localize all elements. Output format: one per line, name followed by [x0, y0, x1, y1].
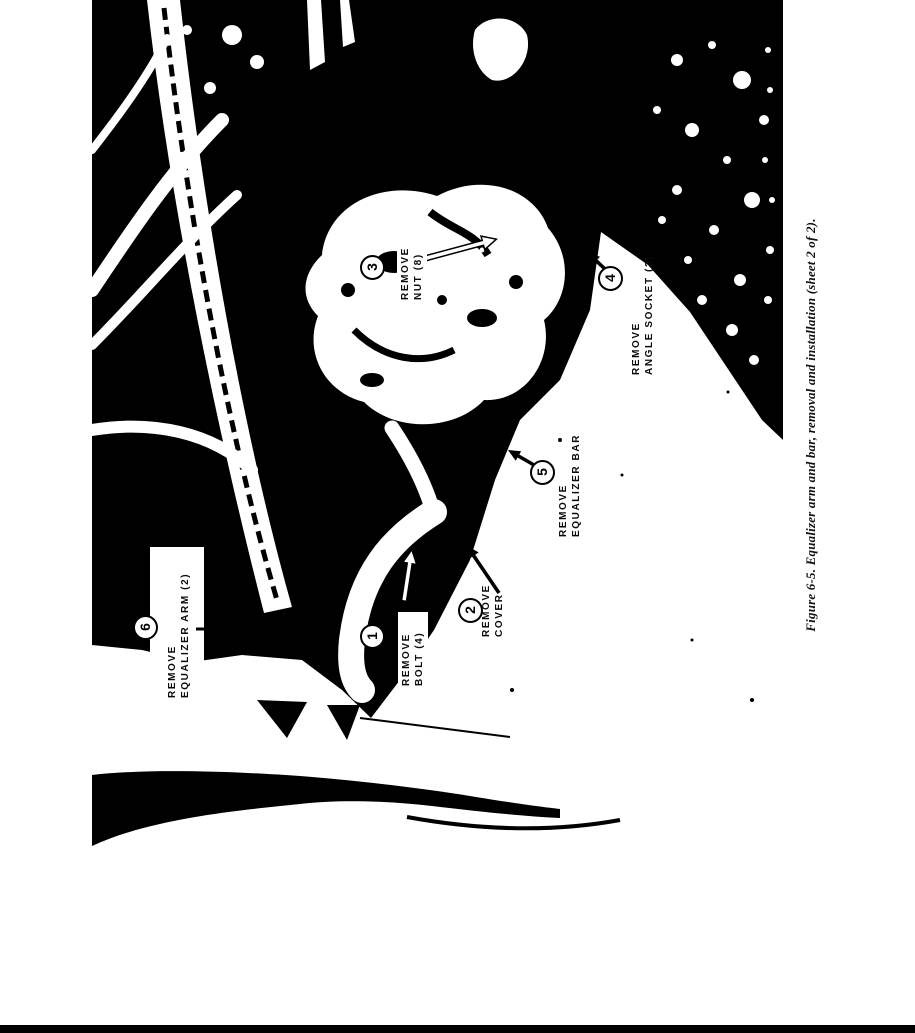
callout-4-badge: 4: [598, 266, 623, 291]
callout-2-badge: 2: [458, 598, 483, 623]
figure-caption: Figure 6-5. Equalizer arm and bar, remov…: [803, 185, 821, 665]
callout-5-badge: 5: [530, 460, 555, 485]
scanned-manual-page: { "page": { "background_color": "#ffffff…: [0, 0, 915, 1033]
callout-1-badge: 1: [360, 624, 385, 649]
figure-photo: 1 2 3 4 5 6 REMOVEBOLT (4) REMOVECOVER R…: [92, 0, 783, 848]
callout-1-label: REMOVEBOLT (4): [398, 612, 428, 690]
arrow-6: [196, 624, 289, 634]
callout-arrows: [92, 0, 783, 848]
callout-4-label: REMOVEANGLE SOCKET (2): [630, 225, 656, 375]
callout-5-label: REMOVEEQUALIZER BAR: [557, 415, 583, 537]
callout-3-badge: 3: [360, 255, 385, 280]
callout-3-label: REMOVENUT (8): [397, 224, 427, 304]
callout-2-label: REMOVECOVER: [480, 577, 506, 637]
bottom-bar: [0, 1025, 915, 1033]
callout-6-label: REMOVEEQUALIZER ARM (2): [166, 552, 192, 698]
arrow-1: [397, 549, 419, 603]
callout-6-badge: 6: [133, 615, 158, 640]
arrow-3: [421, 232, 498, 265]
